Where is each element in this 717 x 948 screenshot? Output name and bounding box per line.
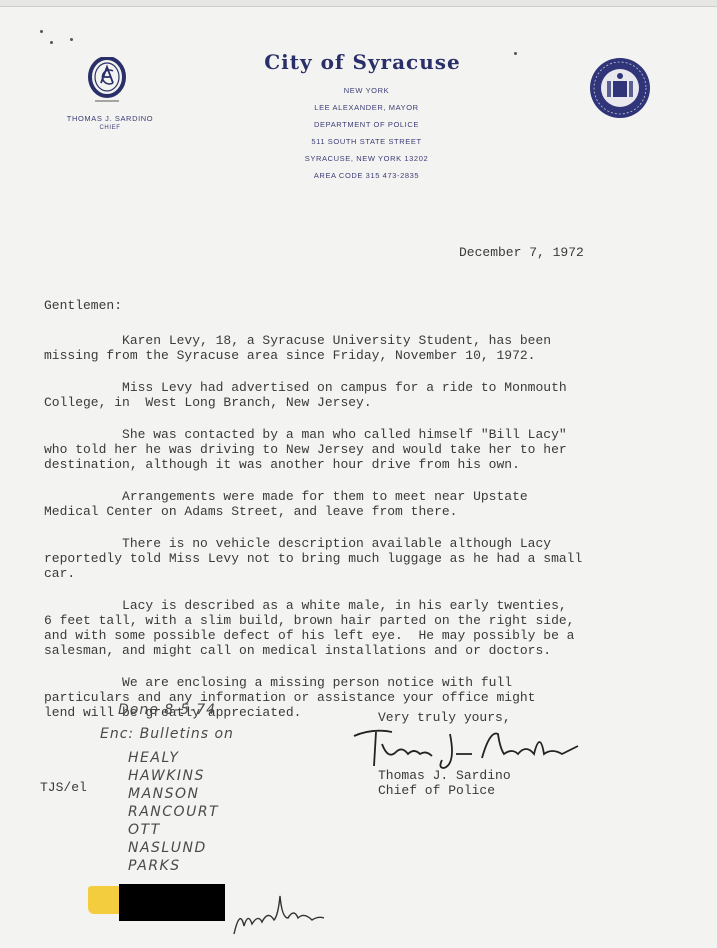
signer-block: Thomas J. Sardino Chief of Police [378, 768, 511, 798]
handwritten-names-list: HEALY HAWKINS MANSON RANCOURT OTT NASLUN… [128, 749, 219, 875]
ink-speck [40, 30, 43, 33]
signer-title: Chief of Police [378, 783, 511, 798]
page-top-edge [0, 0, 717, 7]
handwritten-name: HEALY [128, 749, 219, 767]
paragraph: Arrangements were made for them to meet … [44, 489, 664, 519]
typist-initials: TJS/el [40, 780, 87, 795]
paragraph: She was contacted by a man who called hi… [44, 427, 664, 472]
handwritten-name: MANSON [128, 785, 219, 803]
paragraph: Miss Levy had advertised on campus for a… [44, 380, 664, 410]
sticky-note-tab [88, 886, 122, 914]
handwritten-name: OTT [128, 821, 219, 839]
handwritten-enclosure-note: Enc: Bulletins on [100, 726, 234, 742]
handwritten-name: NASLUND [128, 839, 219, 857]
paragraph: Karen Levy, 18, a Syracuse University St… [44, 333, 664, 363]
handwritten-name: RANCOURT [128, 803, 219, 821]
closing: Very truly yours, [378, 710, 511, 725]
letterhead-line: 511 SOUTH STATE STREET [0, 133, 717, 150]
letter-date: December 7, 1972 [459, 245, 584, 260]
signature-icon [352, 724, 602, 772]
handwritten-name: HAWKINS [128, 767, 219, 785]
paragraph: There is no vehicle description availabl… [44, 536, 664, 581]
paragraph: Lacy is described as a white male, in hi… [44, 598, 664, 658]
state-seal-icon [589, 57, 651, 119]
ink-speck [70, 38, 73, 41]
letter-body: Karen Levy, 18, a Syracuse University St… [44, 333, 664, 737]
handwritten-initials-icon [232, 888, 327, 938]
handwritten-done-note: Done 8-5-74 [118, 702, 216, 718]
salutation: Gentlemen: [44, 298, 122, 313]
signer-name: Thomas J. Sardino [378, 768, 511, 783]
redaction-block [119, 884, 225, 921]
letterhead-line: SYRACUSE, NEW YORK 13202 [0, 150, 717, 167]
handwritten-name: PARKS [128, 857, 219, 875]
letterhead-line: AREA CODE 315 473-2835 [0, 167, 717, 184]
ink-speck [50, 41, 53, 44]
